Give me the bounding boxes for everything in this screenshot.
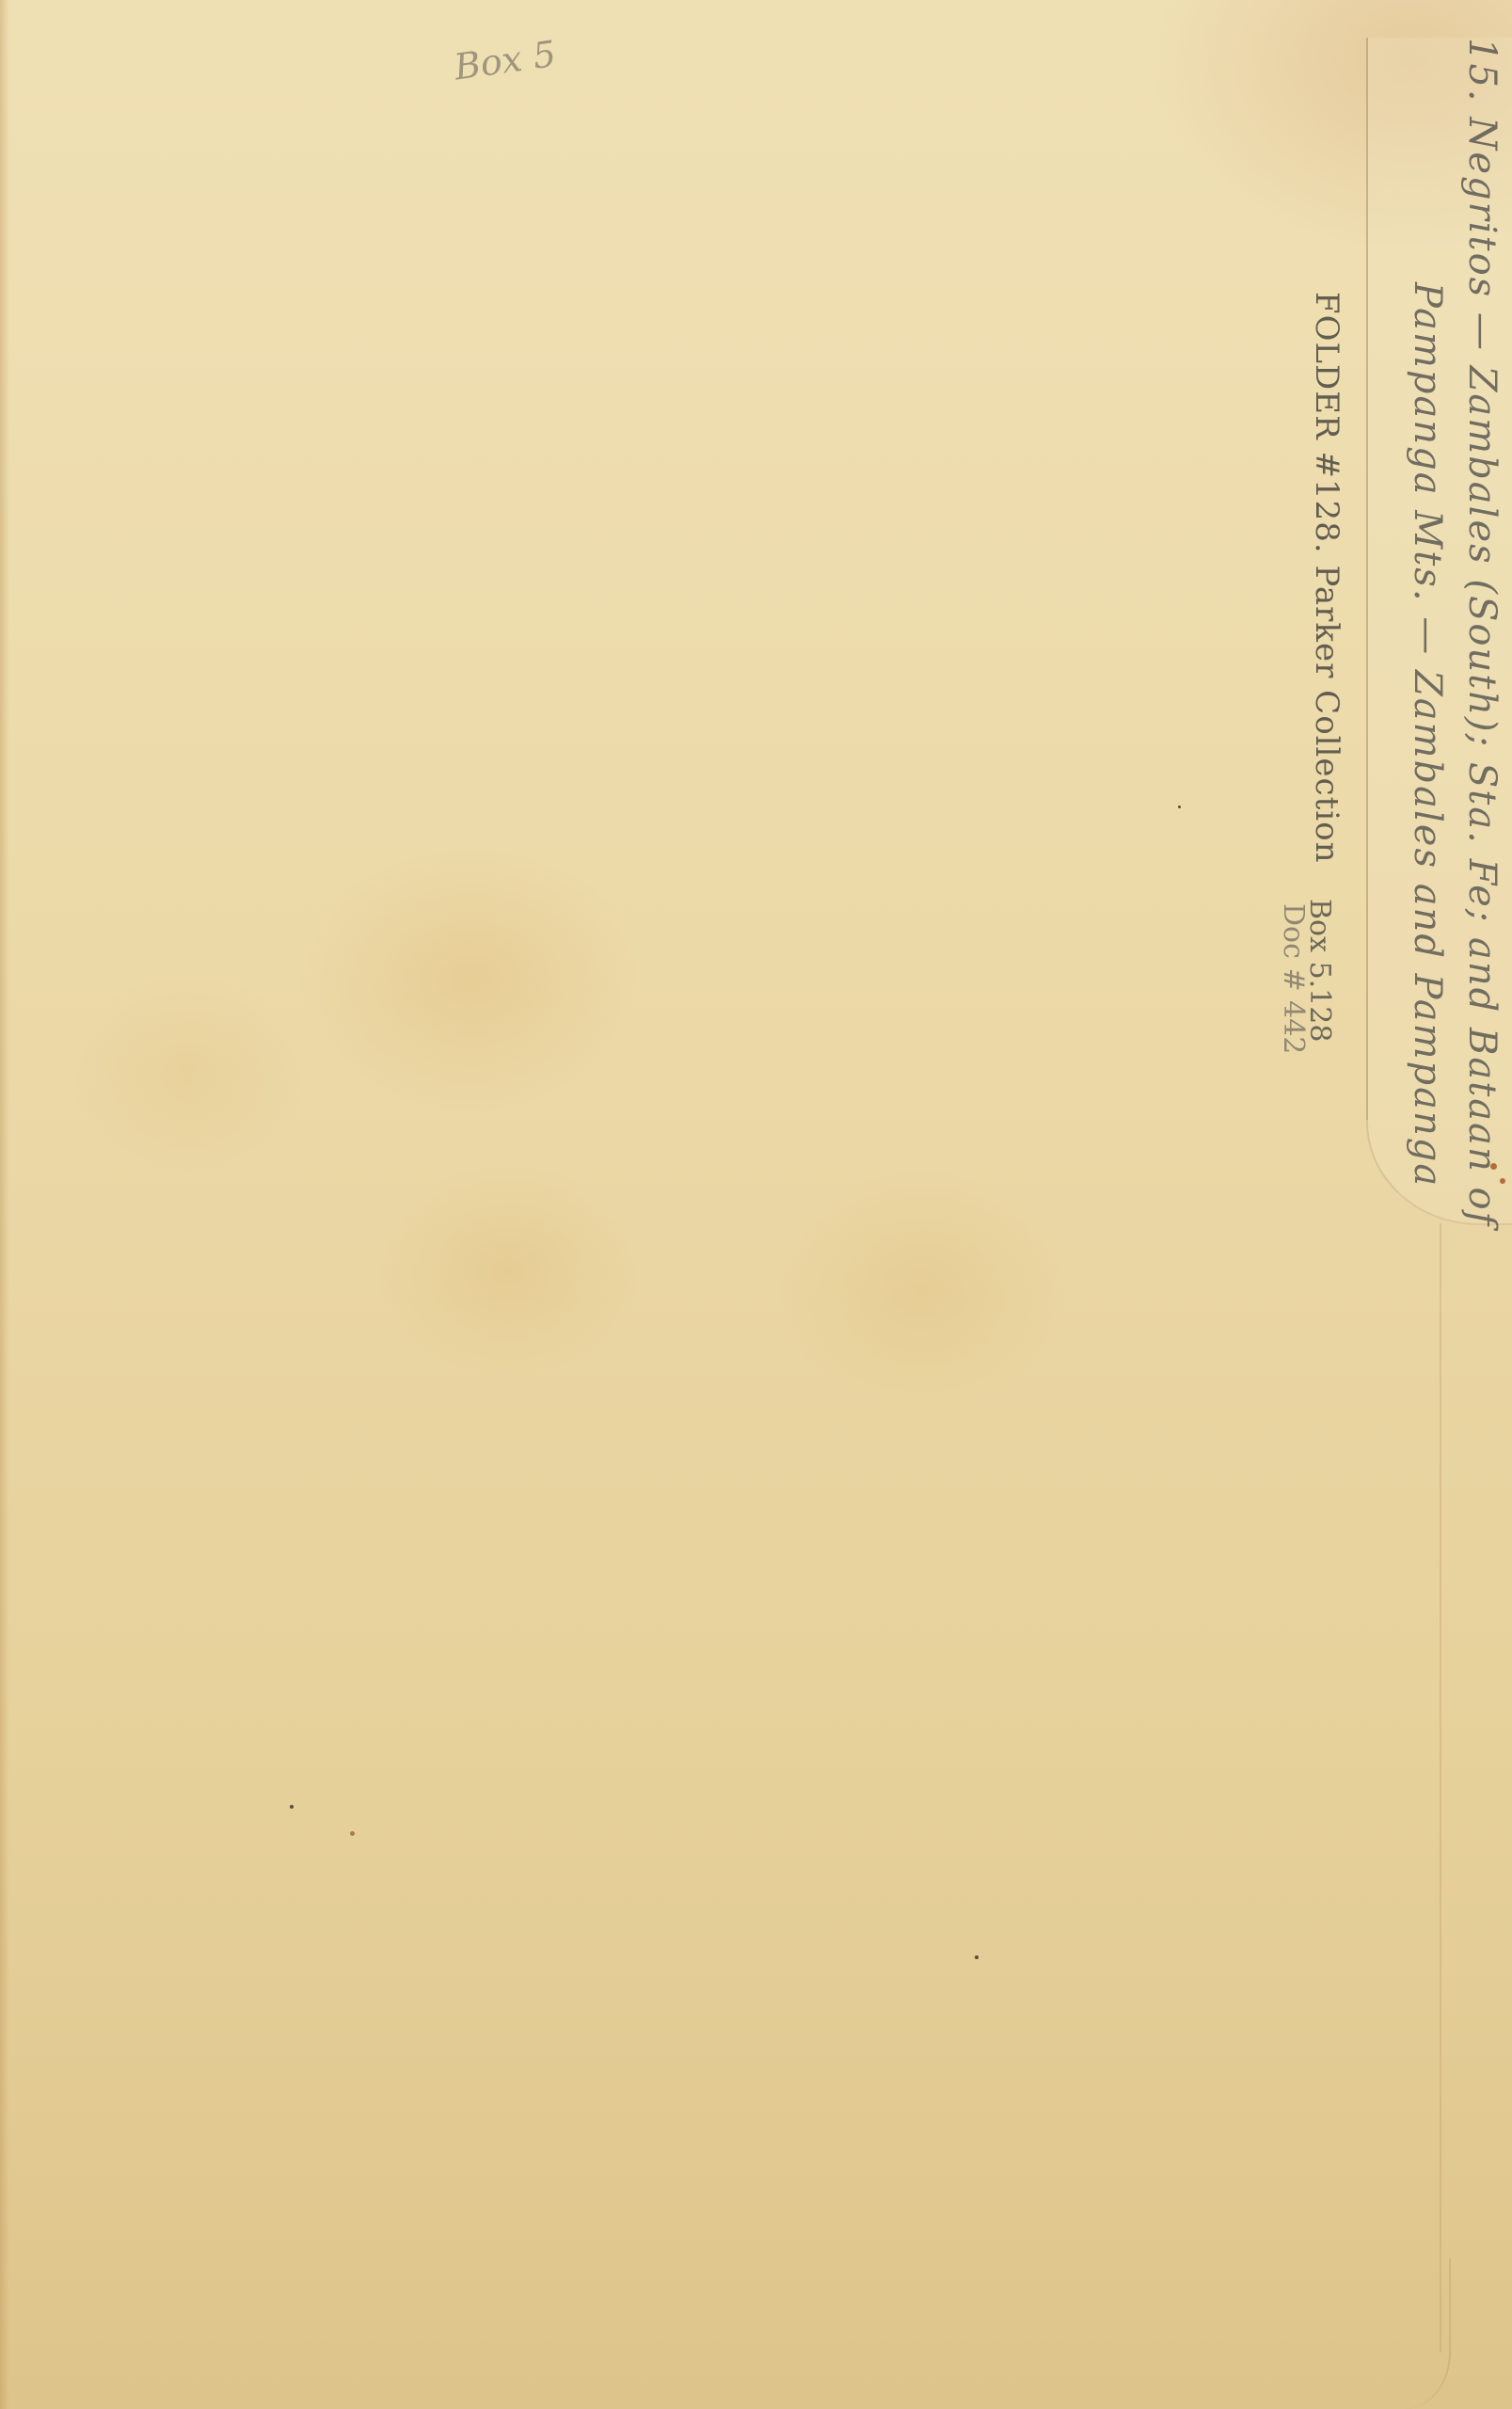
foxing-spot — [350, 1831, 355, 1836]
folder-label: FOLDER #128. Parker Collection — [1308, 292, 1345, 864]
paper-edge-left — [0, 0, 9, 2409]
folder-bottom-corner — [1393, 2258, 1451, 2409]
paper-speck — [290, 1805, 294, 1809]
foxing-spot — [1490, 1163, 1497, 1170]
paper-speck — [1178, 806, 1181, 808]
tab-caption-line-2: Pampanga Mts. — Zambales and Pampanga — [1406, 282, 1449, 1188]
folder-sheet: Box 5 15. Negritos — Zambales (South); S… — [0, 0, 1512, 2409]
folder-lower-edge — [1440, 1223, 1441, 2353]
paper-speck — [975, 1955, 979, 1959]
tab-caption-line-1: 15. Negritos — Zambales (South); Sta. Fe… — [1460, 38, 1504, 1227]
fold-line — [1366, 38, 1368, 1120]
box-mark-annotation: Box 5 — [452, 33, 559, 88]
foxing-spot — [1500, 1178, 1505, 1184]
doc-reference: Doc # 442 — [1277, 903, 1310, 1054]
